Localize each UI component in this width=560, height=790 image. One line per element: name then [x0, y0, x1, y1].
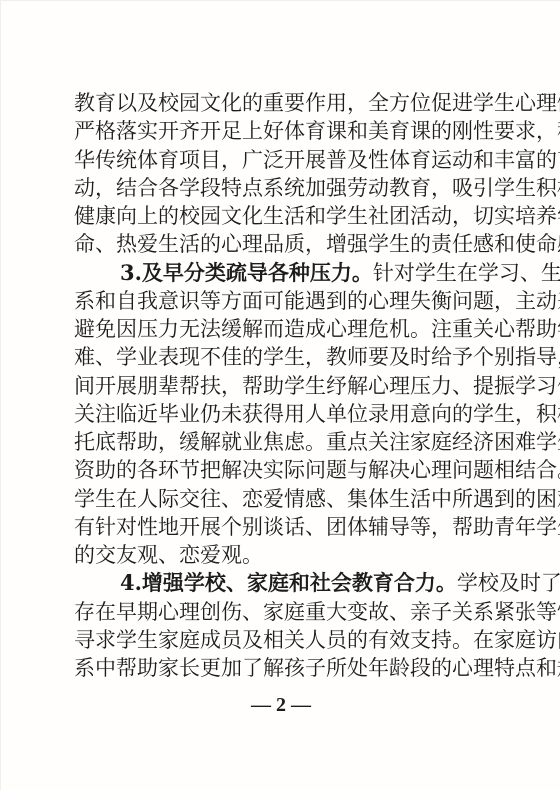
- document-page: 教育以及校园文化的重要作用，全方位促进学生心理健康发展。 严格落实开齐开足上好体…: [0, 0, 560, 790]
- text-line: 教育以及校园文化的重要作用，全方位促进学生心理健康发展。: [74, 89, 490, 117]
- text-line: 华传统体育项目，广泛开展普及性体育运动和丰富的艺术实践活: [74, 146, 490, 174]
- section-heading-3: 3.及早分类疏导各种压力。: [120, 260, 373, 285]
- text-line: 的交友观、恋爱观。: [74, 541, 490, 569]
- text-line: 避免因压力无法缓解而造成心理危机。注重关心帮助学习遭遇困: [74, 315, 490, 343]
- text-line: 寻求学生家庭成员及相关人员的有效支持。在家庭访问等家校联: [74, 626, 490, 654]
- document-body: 教育以及校园文化的重要作用，全方位促进学生心理健康发展。 严格落实开齐开足上好体…: [74, 89, 490, 682]
- text-line: 动，结合各学段特点系统加强劳动教育，吸引学生积极参加各种: [74, 174, 490, 202]
- page-number: — 2 —: [1, 694, 560, 717]
- section-4-first-line: 4.增强学校、家庭和社会教育合力。学校及时了解学生是否: [74, 569, 490, 597]
- text-line: 托底帮助，缓解就业焦虑。重点关注家庭经济困难学生，在学生: [74, 428, 490, 456]
- text-line: 严格落实开齐开足上好体育课和美育课的刚性要求，积极推广中: [74, 117, 490, 145]
- text-line: 存在早期心理创伤、家庭重大变故、亲子关系紧张等情况，积极: [74, 598, 490, 626]
- section-3-text: 针对学生在学习、生活、人际关: [373, 261, 560, 285]
- text-line: 命、热爱生活的心理品质，增强学生的责任感和使命感。: [74, 230, 490, 258]
- text-line: 间开展朋辈帮扶，帮助学生纾解心理压力、提振学习信心。重点: [74, 372, 490, 400]
- text-line: 资助的各环节把解决实际问题与解决心理问题相结合。及时了解: [74, 456, 490, 484]
- text-line: 难、学业表现不佳的学生，教师要及时给予个别指导，鼓励同学: [74, 343, 490, 371]
- section-heading-4: 4.增强学校、家庭和社会教育合力。: [120, 570, 457, 595]
- text-line: 系和自我意识等方面可能遇到的心理失衡问题，主动采取举措，: [74, 287, 490, 315]
- text-line: 有针对性地开展个别谈话、团体辅导等，帮助青年学生树立正确: [74, 513, 490, 541]
- text-line: 系中帮助家长更加了解孩子所处年龄段的心理特点和规律，在家: [74, 654, 490, 682]
- section-4-text: 学校及时了解学生是否: [457, 571, 560, 595]
- text-line: 学生在人际交往、恋爱情感、集体生活中所遇到的困难和问题，: [74, 485, 490, 513]
- text-line: 健康向上的校园文化生活和学生社团活动，切实培养学生珍视生: [74, 202, 490, 230]
- text-line: 关注临近毕业仍未获得用人单位录用意向的学生，积极提供就业: [74, 400, 490, 428]
- section-3-first-line: 3.及早分类疏导各种压力。针对学生在学习、生活、人际关: [74, 259, 490, 287]
